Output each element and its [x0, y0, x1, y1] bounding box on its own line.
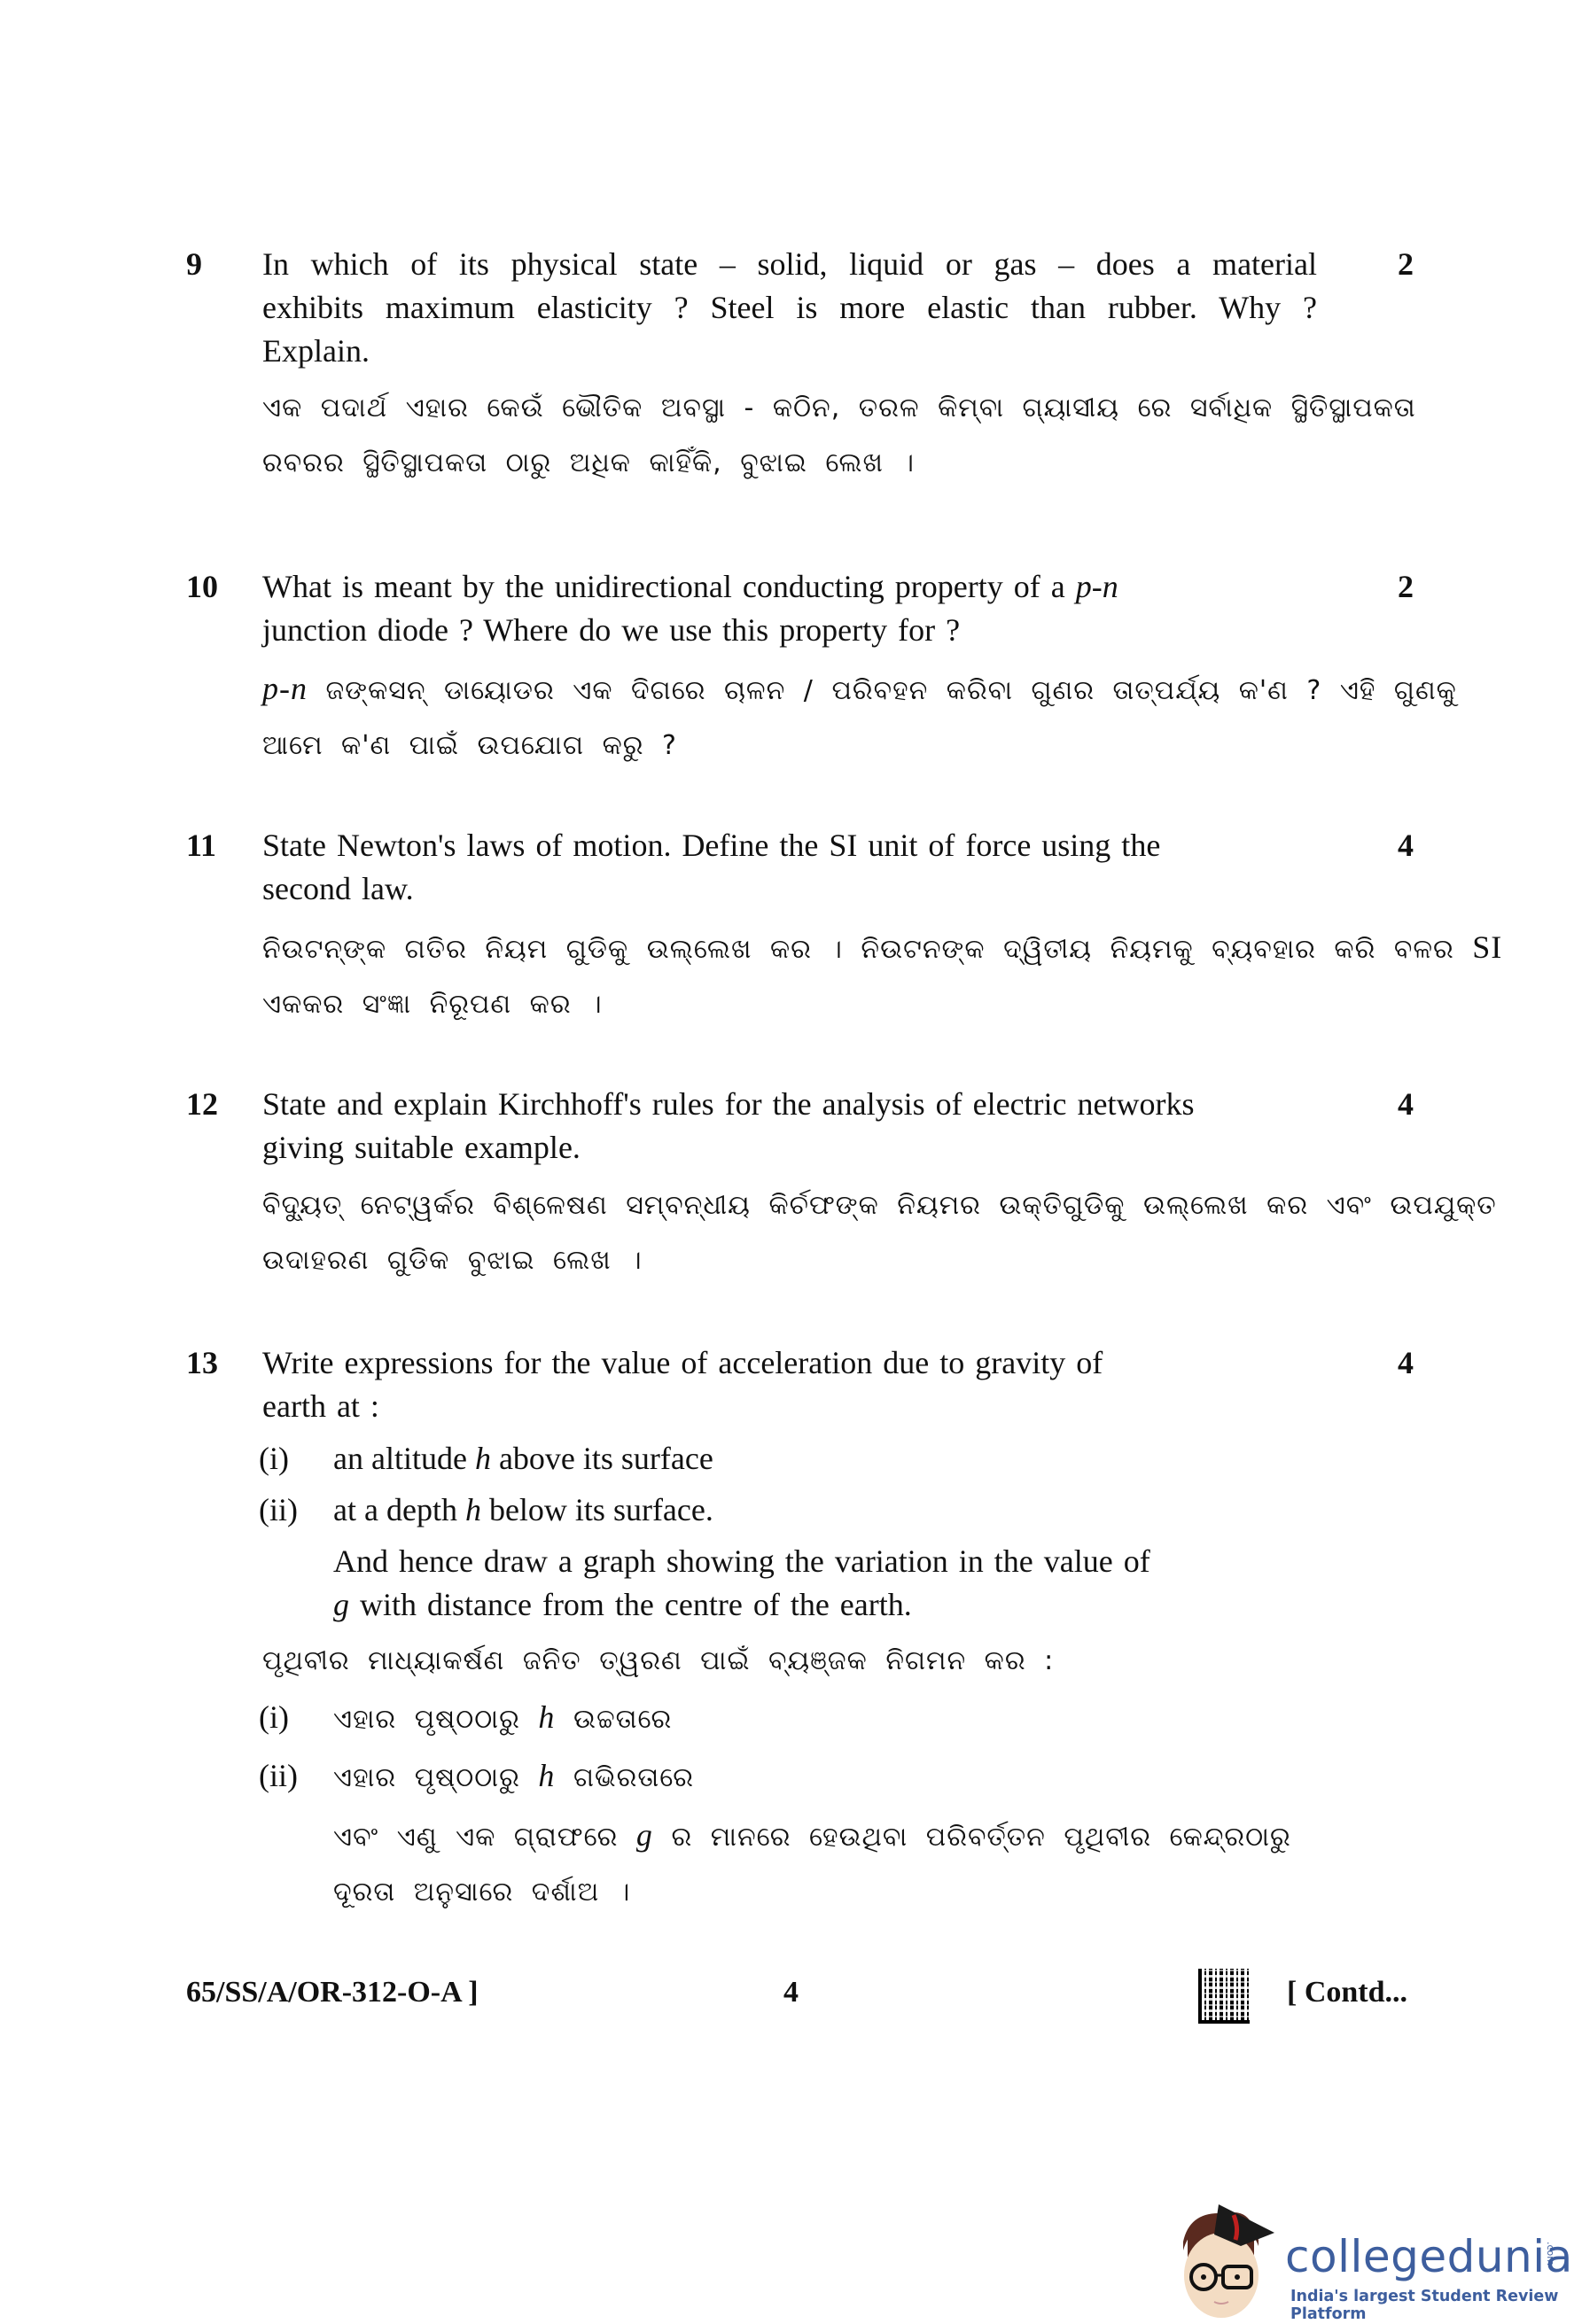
question-marks: 4	[1398, 824, 1414, 867]
collegedunia-watermark: collegedunia .com India's largest Studen…	[1170, 2180, 1578, 2321]
question-text-odia: ପୃଥିବୀର ମାଧ୍ୟାକର୍ଷଣ ଜନିତ ତ୍ୱରଣ ପାଇଁ ବ୍ୟଞ…	[262, 1634, 1054, 1689]
brand-tagline: India's largest Student Review Platform	[1290, 2288, 1578, 2323]
exam-page: 9 2 In which of its physical state – sol…	[0, 0, 1582, 2324]
question-marks: 2	[1398, 565, 1414, 608]
question-text-odia: p-n ଜଙ୍କସନ୍ ଡାୟୋଡର ଏକ ଦିଗରେ ଚାଳନ / ପରିବହ…	[262, 661, 1457, 773]
odia-line: ବିଦ୍ୟୁତ୍ ନେଟ୍‌ୱର୍କର ବିଶ୍ଳେଷଣ ସମ୍ବନ୍ଧୀୟ କ…	[262, 1178, 1497, 1233]
english-line: State and explain Kirchhoff's rules for …	[262, 1083, 1326, 1126]
odia-line: p-n ଜଙ୍କସନ୍ ଡାୟୋଡର ଏକ ଦିଗରେ ଚାଳନ / ପରିବହ…	[262, 661, 1457, 719]
odia-line: ଏକକର ସଂଜ୍ଞା ନିରୂପଣ କର ।	[262, 977, 1502, 1032]
question-marks: 4	[1398, 1083, 1414, 1125]
paper-code: 65/SS/A/OR-312-O-A ]	[186, 1976, 479, 2009]
continued-label: [ Contd...	[1287, 1976, 1407, 2009]
sub-item-label: (ii)	[259, 1488, 298, 1531]
student-mascot-icon	[1170, 2197, 1285, 2321]
question-text-english: State and explain Kirchhoff's rules for …	[262, 1083, 1326, 1170]
odia-line: ଏବଂ ଏଣୁ ଏକ ଗ୍ରାଫରେ g ର ମାନରେ ହେଉଥିବା ପରି…	[333, 1807, 1291, 1865]
english-line: exhibits maximum elasticity ? Steel is m…	[262, 286, 1317, 330]
english-line: giving suitable example.	[262, 1126, 1326, 1170]
question-text-odia: ବିଦ୍ୟୁତ୍ ନେଟ୍‌ୱର୍କର ବିଶ୍ଳେଷଣ ସମ୍ବନ୍ଧୀୟ କ…	[262, 1178, 1497, 1288]
page-number: 4	[783, 1976, 799, 2009]
odia-line: ରବରର ସ୍ଥିତିସ୍ଥାପକତା ଠାରୁ ଅଧିକ କାହିଁକି, ବ…	[262, 436, 1416, 491]
question-number: 11	[186, 824, 216, 867]
odia-line: ଆମେ କ'ଣ ପାଇଁ ଉପଯୋଗ କରୁ ?	[262, 719, 1457, 773]
si-term: SI	[1472, 929, 1502, 965]
question-marks: 4	[1398, 1341, 1414, 1384]
question-text-english: Write expressions for the value of accel…	[262, 1341, 1326, 1428]
english-line: g with distance from the centre of the e…	[333, 1583, 1308, 1627]
question-text-english: State Newton's laws of motion. Define th…	[262, 824, 1326, 911]
odia-line: ନିଉଟନ୍‌ଙ୍କ ଗତିର ନିୟମ ଗୁଡିକୁ ଉଲ୍ଲେଖ କର । …	[262, 920, 1502, 977]
brand-suffix: .com	[1545, 2242, 1556, 2266]
english-line: Explain.	[262, 330, 1326, 373]
question-number: 10	[186, 565, 218, 608]
sub-item-text: ଏହାର ପୃଷ୍ଠଠାରୁ h ଉଚ୍ଚତାରେ	[333, 1696, 672, 1741]
question-number: 12	[186, 1083, 218, 1125]
question-tail-odia: ଏବଂ ଏଣୁ ଏକ ଗ୍ରାଫରେ g ର ମାନରେ ହେଉଥିବା ପରି…	[333, 1807, 1291, 1920]
sub-item-text: at a depth h below its surface.	[333, 1488, 713, 1531]
odia-line: ଏକ ପଦାର୍ଥ ଏହାର କେଉଁ ଭୌତିକ ଅବସ୍ଥା - କଠିନ,…	[262, 381, 1416, 436]
sub-item-text: ଏହାର ପୃଷ୍ଠଠାରୁ h ଗଭିରତାରେ	[333, 1754, 694, 1799]
question-text-english: What is meant by the unidirectional cond…	[262, 565, 1326, 652]
question-text-odia: ନିଉଟନ୍‌ଙ୍କ ଗତିର ନିୟମ ଗୁଡିକୁ ଉଲ୍ଲେଖ କର । …	[262, 920, 1502, 1032]
question-tail-english: And hence draw a graph showing the varia…	[333, 1540, 1308, 1627]
english-line: earth at :	[262, 1385, 1326, 1428]
english-line: What is meant by the unidirectional cond…	[262, 565, 1326, 609]
english-line: second law.	[262, 867, 1326, 911]
brand-name: collegedunia	[1285, 2231, 1573, 2282]
sub-item-label: (i)	[259, 1437, 289, 1480]
pn-term: p-n	[262, 671, 308, 706]
page-footer: 65/SS/A/OR-312-O-A ] 4 [ Contd...	[0, 1976, 1582, 2029]
question-number: 9	[186, 243, 202, 285]
odia-line: ଉଦାହରଣ ଗୁଡିକ ବୁଝାଇ ଲେଖ ।	[262, 1233, 1497, 1288]
english-line: And hence draw a graph showing the varia…	[333, 1540, 1308, 1583]
question-marks: 2	[1398, 243, 1414, 285]
odia-line: ପୃଥିବୀର ମାଧ୍ୟାକର୍ଷଣ ଜନିତ ତ୍ୱରଣ ପାଇଁ ବ୍ୟଞ…	[262, 1634, 1054, 1689]
odia-line: ଦୂରତା ଅନୁସାରେ ଦର୍ଶାଅ ।	[333, 1865, 1291, 1920]
question-text-odia: ଏକ ପଦାର୍ଥ ଏହାର କେଉଁ ଭୌତିକ ଅବସ୍ଥା - କଠିନ,…	[262, 381, 1416, 491]
question-number: 13	[186, 1341, 218, 1384]
sub-item-text: an altitude h above its surface	[333, 1437, 713, 1480]
sub-item-label: (ii)	[259, 1754, 298, 1797]
english-line: State Newton's laws of motion. Define th…	[262, 824, 1326, 867]
pn-term: p-n	[1076, 569, 1118, 604]
sub-item-label: (i)	[259, 1696, 289, 1738]
datamatrix-code-icon	[1198, 1969, 1250, 2024]
english-line: junction diode ? Where do we use this pr…	[262, 609, 1326, 652]
english-line: In which of its physical state – solid, …	[262, 243, 1317, 286]
english-line: Write expressions for the value of accel…	[262, 1341, 1326, 1385]
question-text-english: In which of its physical state – solid, …	[262, 243, 1326, 373]
